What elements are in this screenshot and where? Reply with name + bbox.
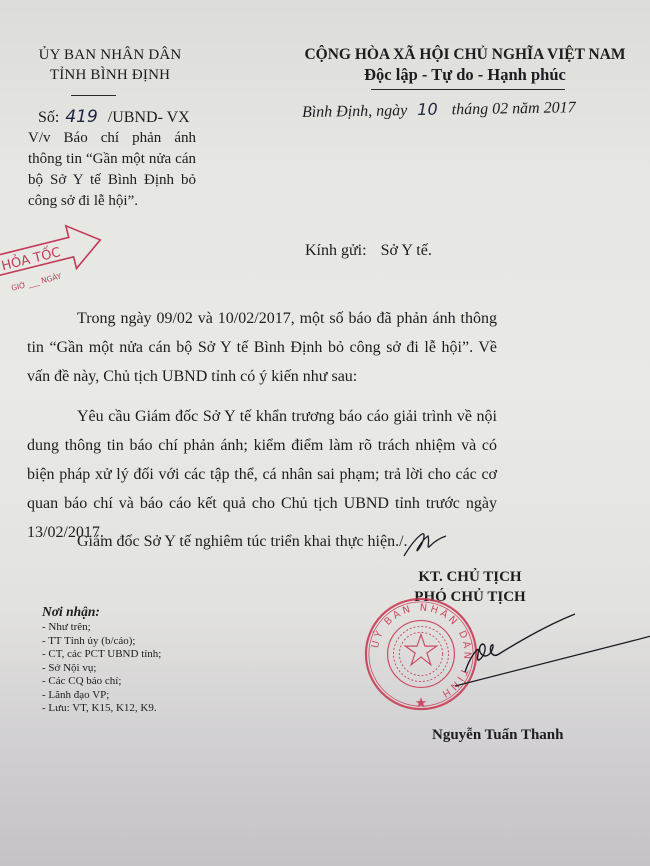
- org-divider: [71, 95, 116, 96]
- distribution-item: - TT Tỉnh ủy (b/cáo);: [42, 635, 161, 649]
- addressee-value: Sở Y tế.: [367, 242, 432, 259]
- distribution-item: - Lưu: VT, K15, K12, K9.: [42, 702, 161, 716]
- issuing-authority: ỦY BAN NHÂN DÂN TỈNH BÌNH ĐỊNH: [0, 45, 220, 85]
- stamp-fields: GIỜ ___ NGÀY: [10, 271, 62, 292]
- urgent-arrow-stamp-icon: HỎA TỐC GIỜ ___ NGÀY: [0, 212, 120, 292]
- distribution-item: - Các CQ báo chí;: [42, 675, 161, 689]
- distribution-item: - Sở Nội vụ;: [42, 662, 161, 676]
- distribution-item: - Như trên;: [42, 621, 161, 635]
- distribution-item: - Lãnh đạo VP;: [42, 689, 161, 703]
- place-date-suffix: tháng 02 năm 2017: [452, 99, 576, 118]
- subject-line: V/v Báo chí phản ánh thông tin “Gần một …: [28, 128, 196, 212]
- addressee: Kính gửi:Sở Y tế.: [305, 242, 432, 260]
- distribution-item: - CT, các PCT UBND tỉnh;: [42, 648, 161, 662]
- signer-name: Nguyễn Tuấn Thanh: [432, 727, 563, 744]
- org-line-2: TỈNH BÌNH ĐỊNH: [0, 65, 220, 85]
- doc-number-label: Số:: [38, 109, 59, 126]
- addressee-label: Kính gửi:: [305, 242, 367, 259]
- national-header: CỘNG HÒA XÃ HỘI CHỦ NGHĨA VIỆT NAM Độc l…: [280, 45, 650, 85]
- motto-divider: [371, 89, 565, 90]
- place-date-prefix: Bình Định, ngày: [302, 102, 408, 121]
- body-paragraph-2: Yêu cầu Giám đốc Sở Y tế khẩn trương báo…: [27, 402, 497, 547]
- national-motto: Độc lập - Tự do - Hạnh phúc: [280, 65, 650, 85]
- handwritten-signature-icon: [455, 610, 650, 690]
- urgent-stamp: HỎA TỐC GIỜ ___ NGÀY: [0, 212, 120, 292]
- document-number: Số: 419 /UBND- VX: [38, 107, 190, 127]
- initials-signature-icon: [400, 528, 450, 560]
- official-letter: ỦY BAN NHÂN DÂN TỈNH BÌNH ĐỊNH Số: 419 /…: [0, 0, 650, 866]
- doc-number-handwritten: 419: [63, 107, 103, 127]
- body-paragraph-1: Trong ngày 09/02 và 10/02/2017, một số b…: [27, 304, 497, 391]
- doc-number-suffix: /UBND- VX: [108, 109, 190, 126]
- org-line-1: ỦY BAN NHÂN DÂN: [0, 45, 220, 65]
- distribution-title: Nơi nhận:: [42, 604, 161, 620]
- signature-line-1: KT. CHỦ TỊCH: [345, 567, 595, 587]
- day-handwritten: 10: [411, 99, 448, 119]
- nation-name: CỘNG HÒA XÃ HỘI CHỦ NGHĨA VIỆT NAM: [280, 45, 650, 65]
- stamp-text: HỎA TỐC: [0, 243, 62, 274]
- distribution-list: Nơi nhận: - Như trên; - TT Tỉnh ủy (b/cá…: [42, 604, 161, 716]
- place-date: Bình Định, ngày 10 tháng 02 năm 2017: [302, 97, 576, 122]
